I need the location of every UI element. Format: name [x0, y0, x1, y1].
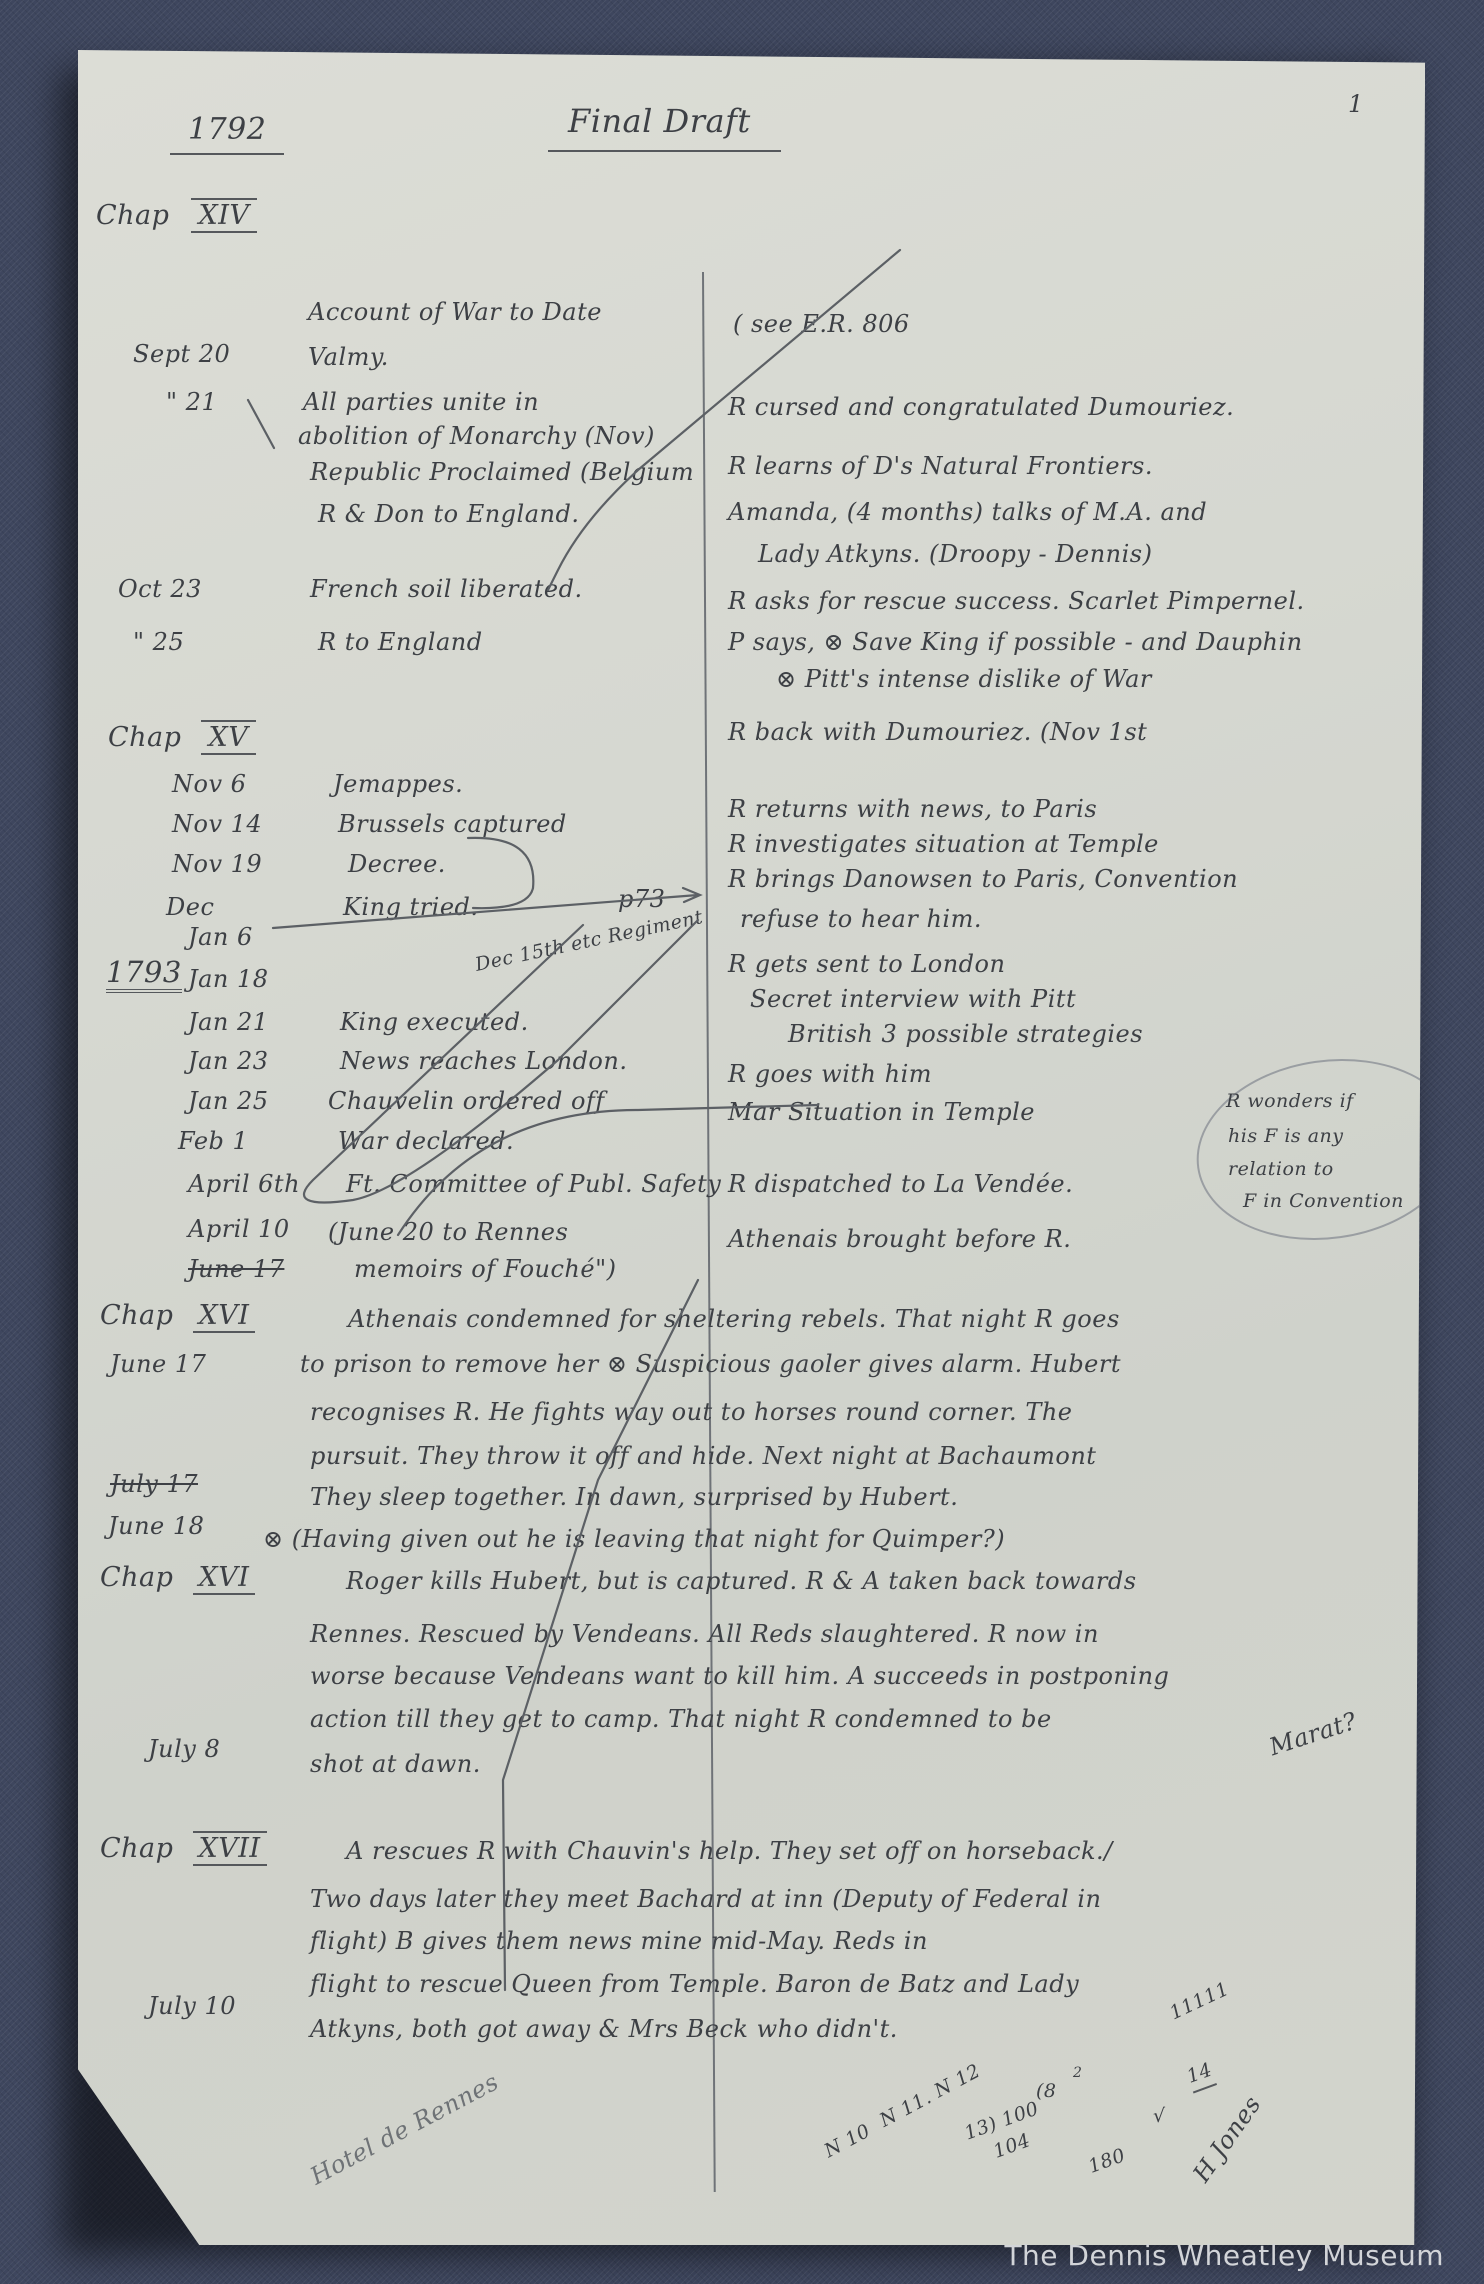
manuscript-page: 1792 Final Draft 1 Chap XIV Account of W…	[78, 50, 1425, 2245]
museum-watermark: The Dennis Wheatley Museum	[1004, 2239, 1444, 2272]
kings-trial-loop	[468, 838, 533, 908]
sept-21-bracket	[248, 400, 274, 448]
pencil-strokes-overlay	[78, 50, 1425, 2245]
fouche-connector	[398, 1105, 818, 1235]
diagonal-crossout-lower	[304, 920, 698, 1203]
diagonal-crossout-bottom	[503, 1280, 698, 1990]
diagonal-crossout-line	[548, 250, 900, 590]
